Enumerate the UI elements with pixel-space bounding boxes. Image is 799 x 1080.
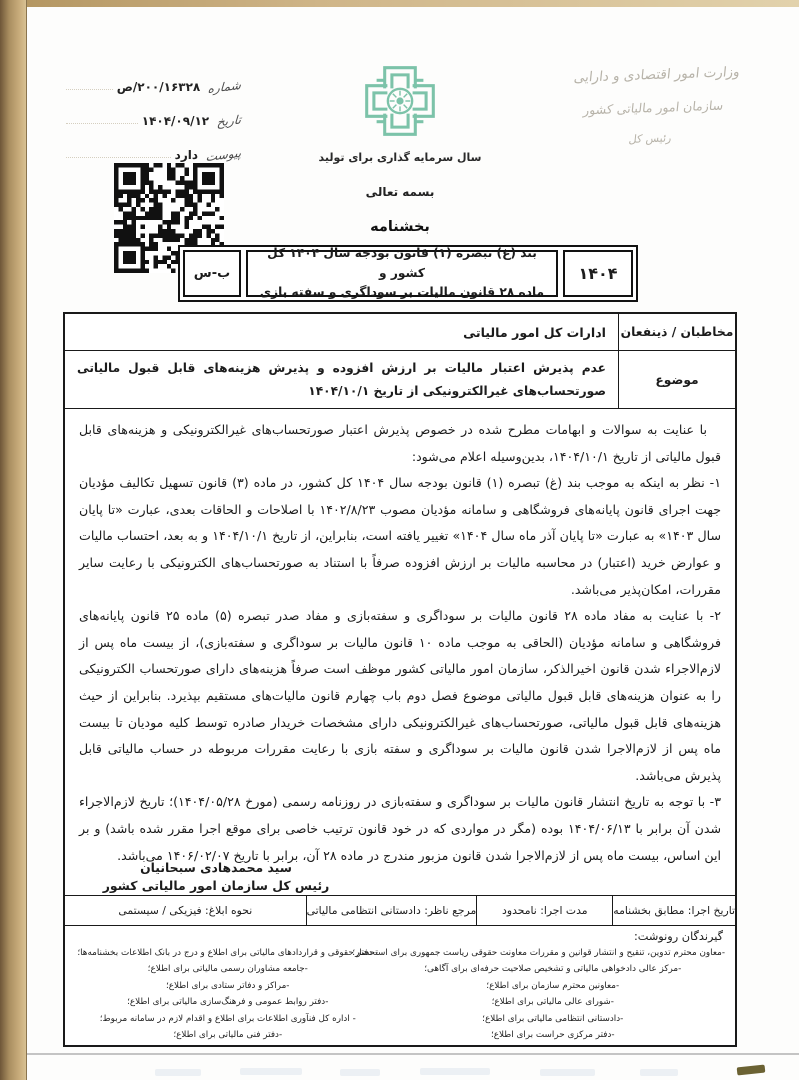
signer-name: سید محمدهادی سبحانیان: [91, 860, 341, 875]
recipient-item: -شورای عالی مالیاتی برای اطلاع؛: [381, 994, 726, 1010]
recipient-item: - دفتر حقوقی و قراردادهای مالیاتی برای ا…: [75, 945, 381, 961]
attachment-value: دارد: [175, 148, 198, 162]
letter-date-row: تاریخ ۱۴۰۴/۰۹/۱۲: [66, 94, 241, 128]
recipient-item: - اداره کل فنآوری اطلاعات برای اطلاع و ا…: [75, 1011, 381, 1027]
subject-label: موضوع: [618, 351, 735, 408]
tax-administration-emblem-icon: [352, 56, 448, 146]
recipient-item: -دفتر روابط عمومی و فرهنگ‌سازی مالیاتی ب…: [75, 994, 381, 1010]
attachment-label: پیوست: [205, 146, 241, 164]
dotted-line: [66, 88, 113, 90]
recipients-cell: گیرندگان رونوشت: -معاون محترم تدوین، تنق…: [65, 926, 735, 1045]
subject-value: عدم پذیرش اعتبار مالیات بر ارزش افزوده و…: [65, 351, 618, 408]
body-item-3: ۳- با توجه به تاریخ انتشار قانون مالیات …: [79, 789, 721, 869]
classification-year: ۱۴۰۴: [563, 250, 633, 297]
reference-line2: ماده ۲۸ قانون مالیات بر سوداگری و سفته ب…: [260, 283, 544, 303]
body-intro: با عنایت به سوالات و ابهامات مطرح شده در…: [79, 417, 721, 470]
classification-reference: بند (غ) تبصره (۱) قانون بودجه سال ۱۴۰۴ ک…: [246, 250, 558, 297]
classification-block: ۱۴۰۴ بند (غ) تبصره (۱) قانون بودجه سال ۱…: [178, 245, 638, 302]
number-value: ۲۰۰/۱۶۳۲۸/ص: [117, 80, 201, 94]
recipient-item: -دفتر مرکزی حراست برای اطلاع؛: [381, 1027, 726, 1043]
reference-line1: بند (غ) تبصره (۱) قانون بودجه سال ۱۴۰۴ ک…: [248, 244, 556, 283]
body-item-1: ۱- نظر به اینکه به موجب بند (غ) تبصره (۱…: [79, 470, 721, 603]
body-item-2: ۲- با عنایت به مفاد ماده ۲۸ قانون مالیات…: [79, 603, 721, 789]
execution-row: تاریخ اجرا: مطابق بخشنامه مدت اجرا: نامح…: [65, 896, 735, 926]
scan-smudge: [420, 1068, 490, 1075]
audience-value: ادارات کل امور مالیاتی: [65, 314, 618, 350]
body-cell: با عنایت به سوالات و ابهامات مطرح شده در…: [65, 409, 735, 896]
execution-duration: مدت اجرا: نامحدود: [476, 896, 612, 925]
ministry-letterhead: وزارت امور اقتصادی و دارایی سازمان امور …: [531, 54, 776, 159]
recipient-item: -مراکز و دفاتر ستادی برای اطلاع؛: [75, 978, 381, 994]
dotted-line: [66, 156, 171, 158]
scan-page-bottom-edge: [26, 1053, 799, 1055]
scan-smudge: [340, 1069, 380, 1076]
recipients-list: -معاون محترم تدوین، تنقیح و انتشار قوانی…: [75, 945, 725, 1043]
recipient-item: -دفتر فنی مالیاتی برای اطلاع؛: [75, 1027, 381, 1043]
scan-edge-top: [0, 0, 799, 7]
recipient-item: -مرکز عالی دادخواهی مالیاتی و تشخیص صلاح…: [381, 961, 726, 977]
recipient-item: -جامعه مشاوران رسمی مالیاتی برای اطلاع؛: [75, 961, 381, 977]
audience-label: مخاطبان / ذینفعان: [618, 314, 735, 350]
recipient-item: -دادستانی انتظامی مالیاتی برای اطلاع؛: [381, 1011, 726, 1027]
recipient-item: -معاون محترم تدوین، تنقیح و انتشار قوانی…: [381, 945, 726, 961]
letter-meta: شماره ۲۰۰/۱۶۳۲۸/ص تاریخ ۱۴۰۴/۰۹/۱۲ پیوست…: [66, 60, 241, 162]
audience-row: مخاطبان / ذینفعان ادارات کل امور مالیاتی: [65, 314, 735, 351]
document-type-title: بخشنامه: [295, 219, 505, 235]
date-value: ۱۴۰۴/۰۹/۱۲: [142, 114, 209, 128]
recipient-item: -معاونین محترم سازمان برای اطلاع؛: [381, 978, 726, 994]
classification-code: ب-س: [183, 250, 241, 297]
execution-date: تاریخ اجرا: مطابق بخشنامه: [612, 896, 735, 925]
scan-smudge: [240, 1068, 302, 1075]
notification-method: نحوه ابلاغ: فیزیکی / سیستمی: [65, 896, 306, 925]
scan-smudge: [540, 1069, 595, 1076]
scan-edge-left: [0, 0, 27, 1080]
date-label: تاریخ: [217, 113, 242, 130]
recipients-heading: گیرندگان رونوشت:: [75, 930, 723, 943]
circular-table: مخاطبان / ذینفعان ادارات کل امور مالیاتی…: [63, 312, 737, 1047]
dotted-line: [66, 122, 138, 124]
letter-number-row: شماره ۲۰۰/۱۶۳۲۸/ص: [66, 60, 241, 94]
besmeleh-text: بسمه تعالی: [295, 185, 505, 199]
scan-mark: [737, 1065, 766, 1076]
scan-smudge: [155, 1069, 201, 1076]
attachment-row: پیوست دارد: [66, 128, 241, 162]
signature-block: سید محمدهادی سبحانیان رئیس کل سازمان امو…: [91, 860, 341, 893]
scanned-circular-page: وزارت امور اقتصادی و دارایی سازمان امور …: [0, 0, 799, 1080]
signer-title: رئیس کل سازمان امور مالیاتی کشور: [91, 878, 341, 893]
supervising-authority: مرجع ناظر: دادستانی انتظامی مالیاتی: [306, 896, 477, 925]
scan-smudge: [640, 1069, 678, 1076]
subject-row: موضوع عدم پذیرش اعتبار مالیات بر ارزش اف…: [65, 351, 735, 409]
year-slogan: سال سرمایه گذاری برای تولید: [295, 151, 505, 164]
